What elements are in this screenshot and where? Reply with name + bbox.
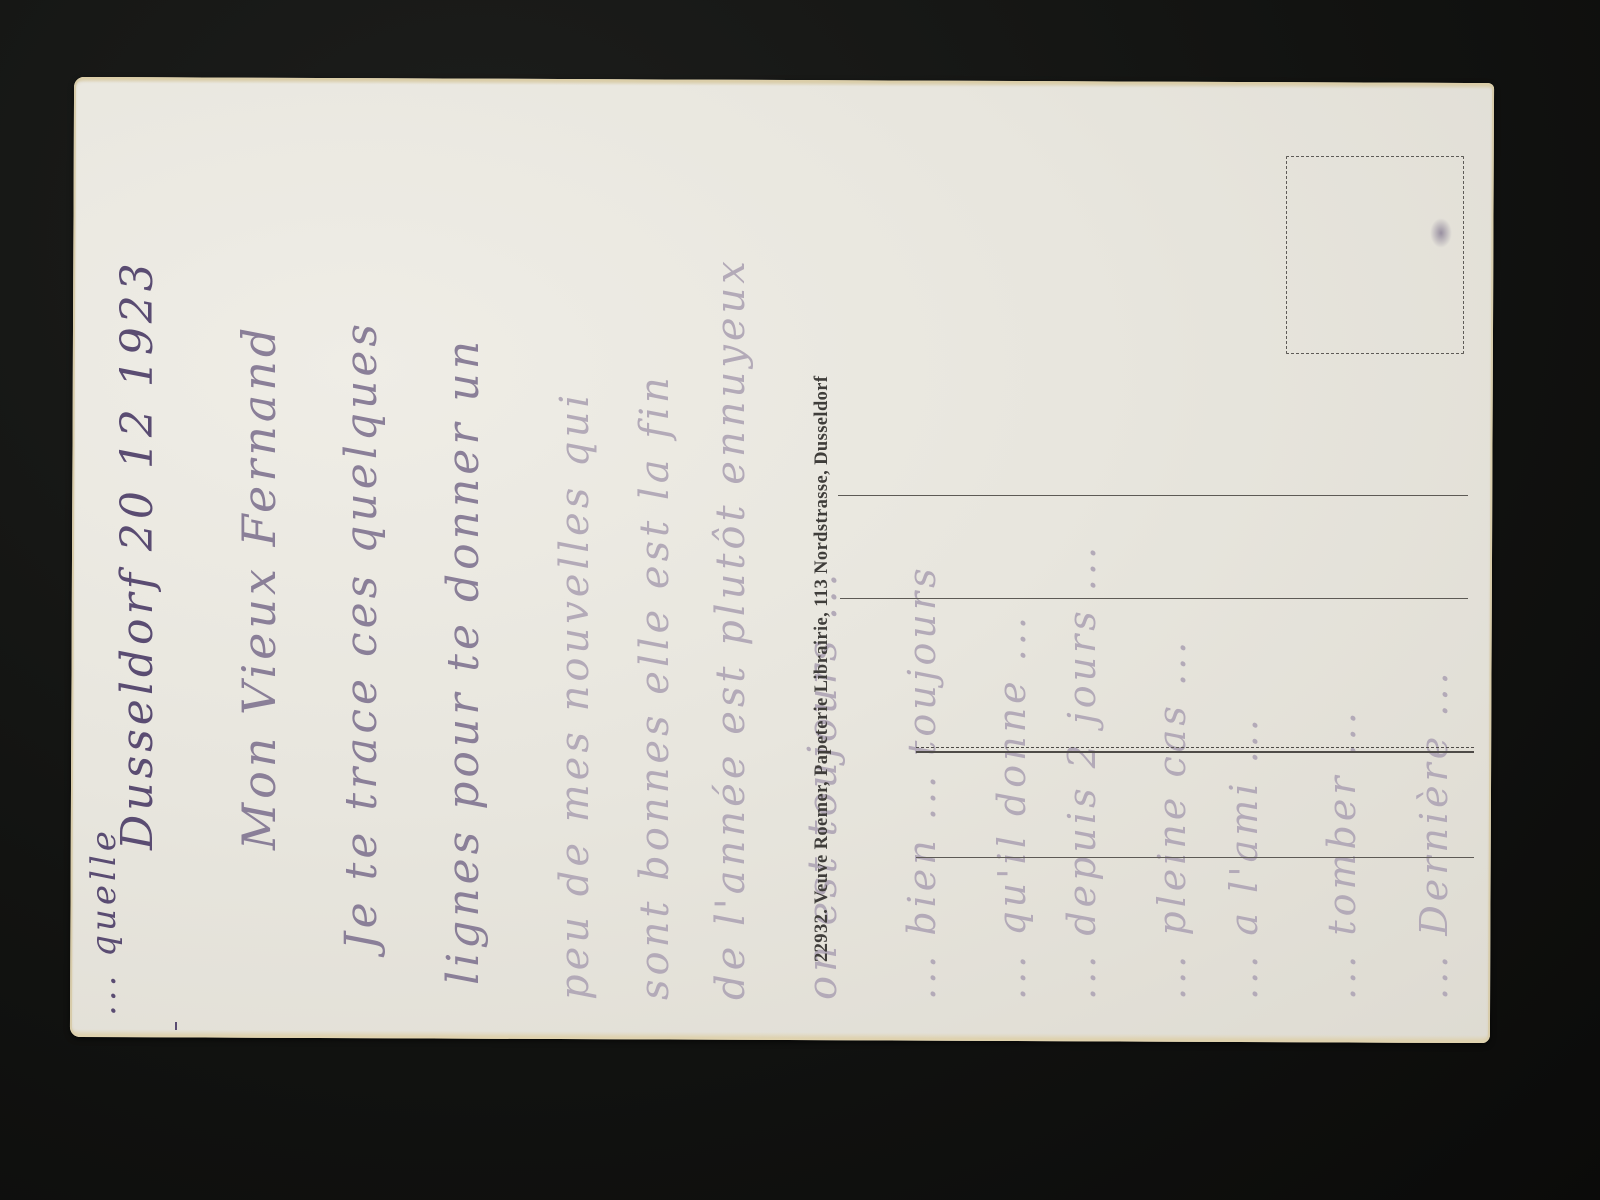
handwriting-line-7: de l'année est plutôt ennuyeux bbox=[708, 257, 754, 1000]
address-line-3 bbox=[916, 747, 1474, 753]
handwriting-line-12: ... pleine cas ... bbox=[1150, 638, 1194, 1000]
handwriting-line-4: lignes pour te donner un bbox=[438, 337, 489, 985]
handwriting-line-10: ... qu'il donne ... bbox=[990, 613, 1034, 1000]
handwriting-place-date: Dusseldorf 20 12 1923 bbox=[112, 259, 163, 850]
photo-scene: ... quelle Dusseldorf 20 12 1923 Mon Vie… bbox=[0, 0, 1600, 1200]
handwriting-line-11: ... depuis 2 jours ... bbox=[1060, 543, 1104, 1000]
handwriting-salutation: Mon Vieux Fernand bbox=[232, 324, 286, 850]
pencil-mark bbox=[1430, 218, 1452, 248]
handwriting-margin: ... quelle bbox=[84, 827, 124, 1016]
card-worn-bottom-edge bbox=[70, 1029, 1490, 1043]
handwriting-line-3: Je te trace ces quelques bbox=[336, 320, 387, 950]
ink-tick-mark bbox=[175, 1022, 177, 1030]
handwriting-line-15: ... Dernière ... bbox=[1412, 668, 1456, 1000]
address-line-4 bbox=[916, 857, 1474, 858]
stamp-box bbox=[1286, 156, 1464, 354]
publisher-imprint: 22932. Veuve Roemer, Papeterie Librairie… bbox=[812, 376, 833, 962]
address-line-2 bbox=[840, 598, 1468, 599]
handwriting-line-5: peu de mes nouvelles qui bbox=[552, 391, 598, 1000]
address-line-1 bbox=[838, 495, 1468, 496]
handwriting-line-9: ... bien ... toujours bbox=[900, 564, 944, 1000]
card-worn-top-edge bbox=[74, 77, 1494, 89]
handwriting-line-6: sont bonnes elle est la fin bbox=[632, 373, 678, 1000]
